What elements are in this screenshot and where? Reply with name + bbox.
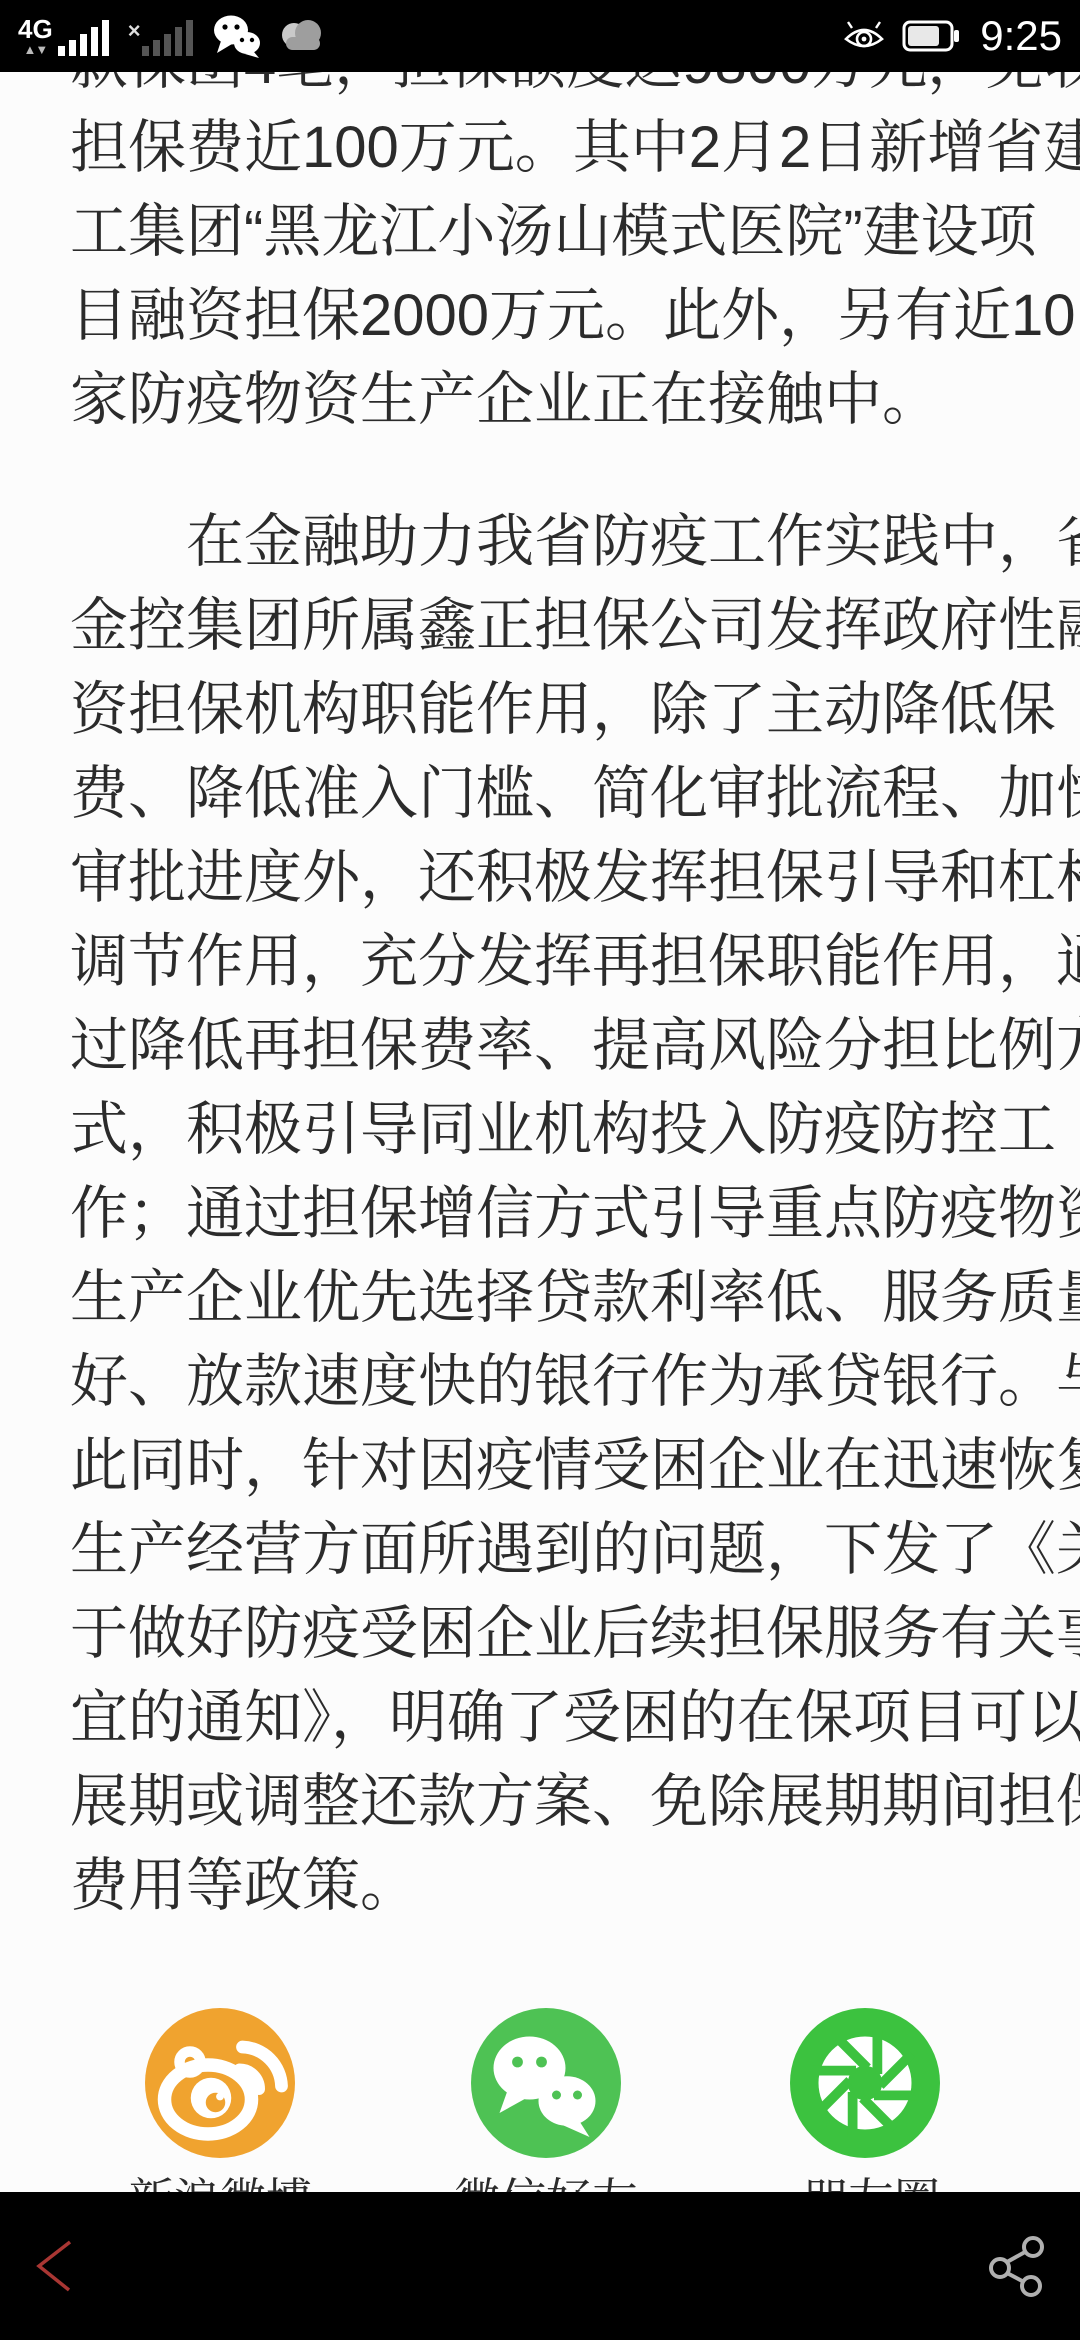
- weibo-share-button[interactable]: [145, 2008, 295, 2158]
- back-button[interactable]: [32, 2238, 80, 2294]
- battery-icon: [902, 20, 960, 52]
- signal-bars-icon: [58, 14, 112, 58]
- weibo-icon: [145, 2008, 295, 2158]
- share-nodes-icon: [986, 2234, 1048, 2298]
- clock-time: 9:25: [980, 12, 1062, 60]
- no-service-signal-icon: ×: [128, 14, 196, 58]
- eye-protection-icon: [842, 19, 886, 53]
- weather-cloud-icon: [278, 19, 326, 53]
- phone-screen: 4G ▲▼ ×: [0, 0, 1080, 2340]
- wechat-icon: [471, 2008, 621, 2158]
- status-bar: 4G ▲▼ ×: [0, 0, 1080, 72]
- bottom-nav-bar: [0, 2192, 1080, 2340]
- back-chevron-icon: [32, 2238, 80, 2294]
- network-type-label: 4G: [18, 16, 53, 42]
- share-button[interactable]: [986, 2234, 1048, 2298]
- moments-share-button[interactable]: [790, 2008, 940, 2158]
- article-paragraph: 在金融助力我省防疫工作实践中，省 金控集团所属鑫正担保公司发挥政府性融 资担保机…: [70, 500, 1010, 1928]
- wechat-share-button[interactable]: [471, 2008, 621, 2158]
- status-bar-right: 9:25: [842, 12, 1062, 60]
- signal-strength-icon: 4G ▲▼: [18, 14, 112, 58]
- article-paragraph: 款保函4笔，担保额度达9800万元，免收 担保费近100万元。其中2月2日新增省…: [70, 22, 1010, 442]
- data-traffic-arrows-icon: ▲▼: [23, 43, 47, 56]
- moments-icon: [790, 2008, 940, 2158]
- wechat-notification-icon: [212, 13, 262, 59]
- status-bar-left: 4G ▲▼ ×: [18, 13, 326, 59]
- article-body: 款保函4笔，担保额度达9800万元，免收 担保费近100万元。其中2月2日新增省…: [70, 22, 1010, 1986]
